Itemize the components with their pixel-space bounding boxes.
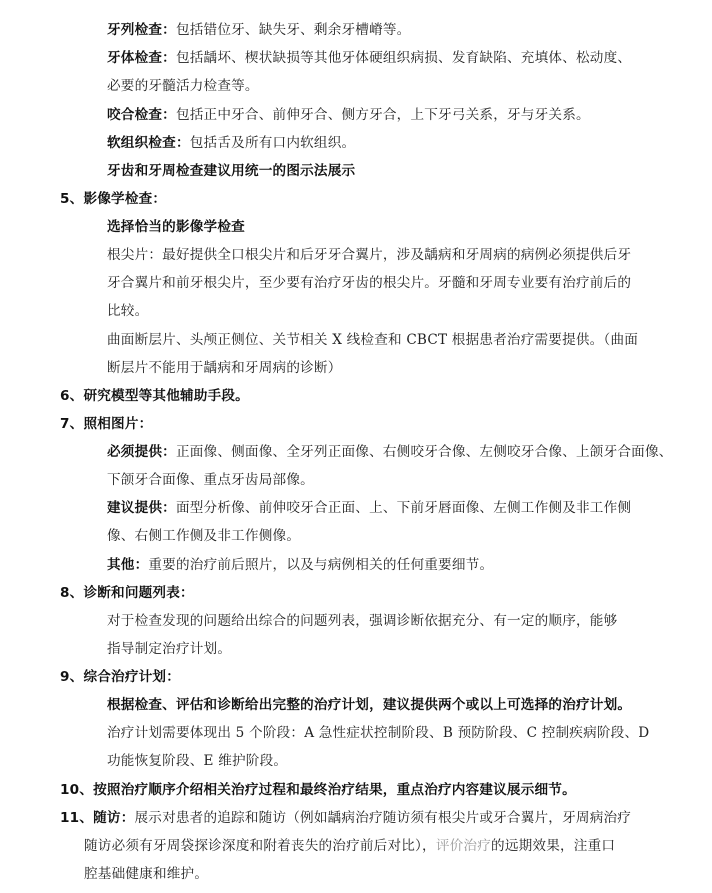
text: 重要的治疗前后照片，以及与病例相关的任何重要细节。 xyxy=(148,557,493,573)
section-11-heading: 11、随访： xyxy=(60,810,135,826)
section-9-bold-line: 根据检查、评估和诊断给出完整的治疗计划，建议提供两个或以上可选择的治疗计划。 xyxy=(107,695,631,715)
periapical-line-1: 根尖片：最好提供全口根尖片和后牙牙合翼片，涉及龋病和牙周病的病例必须提供后牙 xyxy=(107,245,631,265)
section-5-subheading: 选择恰当的影像学检查 xyxy=(107,217,245,237)
periapical-line-2: 牙合翼片和前牙根尖片，至少要有治疗牙齿的根尖片。牙髓和牙周专业要有治疗前后的 xyxy=(107,273,631,293)
text: 正面像、侧面像、全牙列正面像、右侧咬牙合像、左侧咬牙合像、上颌牙合面像、 xyxy=(176,444,673,460)
text: 包括龋坏、楔状缺损等其他牙体硬组织病损、发育缺陷、充填体、松动度、 xyxy=(176,50,631,66)
paragraph-soft-tissue: 软组织检查：包括舌及所有口内软组织。 xyxy=(107,133,355,153)
paragraph-dental-arch: 牙列检查：包括错位牙、缺失牙、剩余牙槽嵴等。 xyxy=(107,20,410,40)
section-7-heading: 7、照相图片： xyxy=(60,414,152,434)
section-10-heading: 10、按照治疗顺序介绍相关治疗过程和最终治疗结果，重点治疗内容建议展示细节。 xyxy=(60,780,576,800)
section-6-heading: 6、研究模型等其他辅助手段。 xyxy=(60,386,249,406)
label: 其他： xyxy=(107,557,148,573)
section-11-line-1: 展示对患者的追踪和随访（例如龋病治疗随访须有根尖片或牙合翼片，牙周病治疗 xyxy=(135,810,632,826)
label: 咬合检查： xyxy=(107,107,176,123)
photos-required-cont: 下颌牙合面像、重点牙齿局部像。 xyxy=(107,470,314,490)
section-9-heading: 9、综合治疗计划： xyxy=(60,667,180,687)
text: 的远期效果，注重口 xyxy=(491,838,615,854)
section-9-line-1: 治疗计划需要体现出 5 个阶段：A 急性症状控制阶段、B 预防阶段、C 控制疾病… xyxy=(107,723,649,743)
paragraph-occlusion: 咬合检查：包括正中牙合、前伸牙合、侧方牙合，上下牙弓关系，牙与牙关系。 xyxy=(107,105,590,125)
section-11: 11、随访：展示对患者的追踪和随访（例如龋病治疗随访须有根尖片或牙合翼片，牙周病… xyxy=(60,808,631,828)
periapical-line-3: 比较。 xyxy=(107,301,148,321)
paragraph-tooth-body: 牙体检查：包括龋坏、楔状缺损等其他牙体硬组织病损、发育缺陷、充填体、松动度、 xyxy=(107,48,631,68)
chart-note: 牙齿和牙周检查建议用统一的图示法展示 xyxy=(107,161,355,181)
label: 建议提供： xyxy=(107,500,176,516)
text: 包括正中牙合、前伸牙合、侧方牙合，上下牙弓关系，牙与牙关系。 xyxy=(176,107,590,123)
panoramic-line-2: 断层片不能用于龋病和牙周病的诊断） xyxy=(107,358,342,378)
section-11-line-3: 腔基础健康和维护。 xyxy=(84,864,208,884)
section-5-heading: 5、影像学检查： xyxy=(60,189,166,209)
text: 随访必须有牙周袋探诊深度和附着丧失的治疗前后对比）， xyxy=(84,838,436,854)
paragraph-tooth-body-cont: 必要的牙髓活力检查等。 xyxy=(107,76,259,96)
label: 软组织检查： xyxy=(107,135,190,151)
label: 牙列检查： xyxy=(107,22,176,38)
text: 包括舌及所有口内软组织。 xyxy=(190,135,356,151)
section-8-line-1: 对于检查发现的问题给出综合的问题列表，强调诊断依据充分、有一定的顺序，能够 xyxy=(107,611,617,631)
photos-suggested-cont: 像、右侧工作侧及非工作侧像。 xyxy=(107,526,300,546)
text: 包括错位牙、缺失牙、剩余牙槽嵴等。 xyxy=(176,22,411,38)
faded-text: 评价治疗 xyxy=(436,838,491,854)
section-8-line-2: 指导制定治疗计划。 xyxy=(107,639,231,659)
section-9-line-2: 功能恢复阶段、E 维护阶段。 xyxy=(107,751,287,771)
label: 必须提供： xyxy=(107,444,176,460)
photos-suggested: 建议提供：面型分析像、前伸咬牙合正面、上、下前牙唇面像、左侧工作侧及非工作侧 xyxy=(107,498,631,518)
label: 牙体检查： xyxy=(107,50,176,66)
photos-required: 必须提供：正面像、侧面像、全牙列正面像、右侧咬牙合像、左侧咬牙合像、上颌牙合面像… xyxy=(107,442,673,462)
panoramic-line-1: 曲面断层片、头颅正侧位、关节相关 X 线检查和 CBCT 根据患者治疗需要提供。… xyxy=(107,330,638,350)
section-8-heading: 8、诊断和问题列表： xyxy=(60,583,194,603)
photos-other: 其他：重要的治疗前后照片，以及与病例相关的任何重要细节。 xyxy=(107,555,493,575)
section-11-line-2: 随访必须有牙周袋探诊深度和附着丧失的治疗前后对比），评价治疗的远期效果，注重口 xyxy=(84,836,615,856)
text: 面型分析像、前伸咬牙合正面、上、下前牙唇面像、左侧工作侧及非工作侧 xyxy=(176,500,631,516)
